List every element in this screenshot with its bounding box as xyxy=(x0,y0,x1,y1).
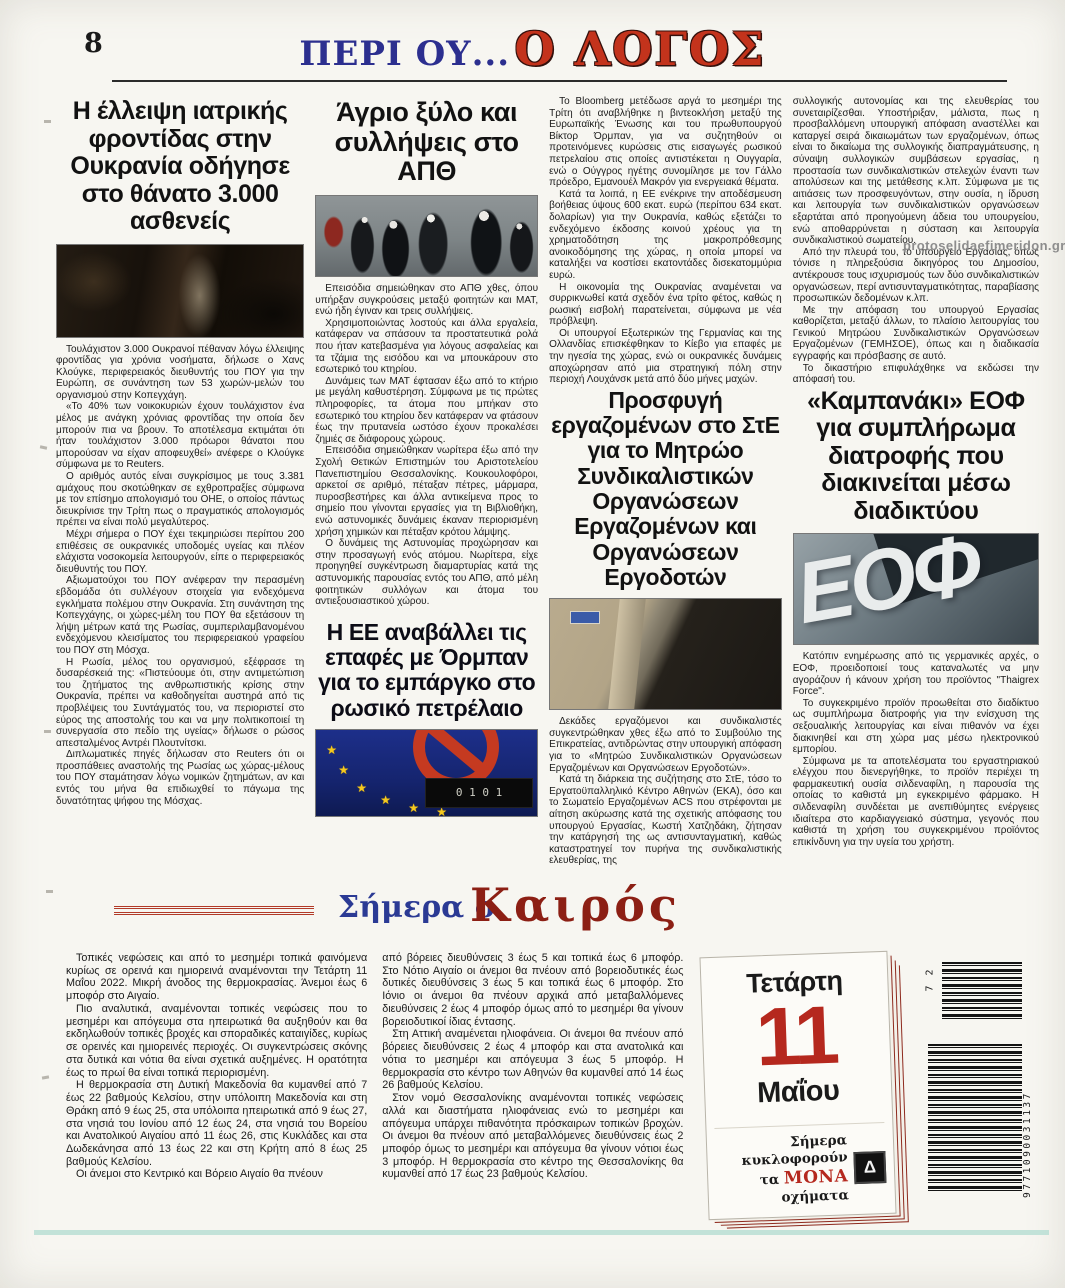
article-apth: Άγριο ξύλο και συλλήψεις στο ΑΠΘ Επεισόδ… xyxy=(315,96,538,882)
article-ste-body: Δεκάδες εργαζόμενοι και συνδικαλιστές συ… xyxy=(549,716,782,867)
weather-column-left: Τοπικές νεφώσεις και από το μεσημέρι τοπ… xyxy=(66,952,367,1217)
newspaper-page: 8 ΠΕΡΙ ΟΥ... Ο ΛΟΓΟΣ Η έλλειψη ιατρικής … xyxy=(0,0,1065,1288)
notice-line2-post: οχήματα xyxy=(782,1187,850,1205)
article-ukraine-headline: Η έλλειψη ιατρικής φροντίδας στην Ουκραν… xyxy=(56,98,304,236)
article-apth-headline: Άγριο ξύλο και συλλήψεις στο ΑΠΘ xyxy=(315,98,538,187)
weather-header: Σήμερα ο Καιρός xyxy=(0,884,1065,936)
weather-paragraph: από βόρειες διευθύνσεις 3 έως 5 και τοπι… xyxy=(382,952,683,1028)
weather-paragraph: Πιο αναλυτικά, αναμένονται τοπικές νεφώσ… xyxy=(66,1003,367,1079)
calendar-widget: Τετάρτη 11 Μαΐου Σήμερα κυκλοφορούν τα Μ… xyxy=(698,952,900,1217)
eu-star-icon: ★ xyxy=(338,764,349,776)
eu-flag-oil-embargo-photo: ★ ★ ★ ★ ★ ★ 0 1 0 1 xyxy=(315,729,538,817)
scan-mark xyxy=(44,120,51,123)
article-paragraph: Δεκάδες εργαζόμενοι και συνδικαλιστές συ… xyxy=(549,716,782,774)
fuel-pump-counter: 0 1 0 1 xyxy=(425,778,533,808)
article-paragraph: Ο αριθμός αυτός είναι συγκρίσιμος με του… xyxy=(56,471,304,529)
article-paragraph: Από την πλευρά του, το υπουργείο Εργασία… xyxy=(793,247,1039,305)
building-column xyxy=(608,599,646,709)
article-eof-headline: «Καμπανάκι» ΕΟΦ για συμπλήρωμα διατροφής… xyxy=(793,388,1039,526)
site-watermark: protoselidaefimeridon.gr xyxy=(903,238,1065,253)
daktylios-delta-icon: Δ xyxy=(854,1151,887,1184)
weather-paragraph: Στον νομό Θεσσαλονίκης αναμένονται τοπικ… xyxy=(382,1092,683,1181)
bottom-scan-line xyxy=(34,1230,1049,1235)
article-ukraine: Η έλλειψη ιατρικής φροντίδας στην Ουκραν… xyxy=(56,96,304,882)
article-paragraph: Κατά τη διάρκεια της συζήτησης στο ΣτΕ, … xyxy=(549,774,782,867)
masthead: ΠΕΡΙ ΟΥ... Ο ΛΟΓΟΣ xyxy=(0,22,1065,76)
article-ste-headline: Προσφυγή εργαζομένων στο ΣτΕ για το Μητρ… xyxy=(549,388,782,590)
article-paragraph: «Το 40% των νοικοκυριών έχουν τουλάχιστο… xyxy=(56,401,304,471)
article-bloomberg-body: Το Bloomberg μετέδωσε αργά το μεσημέρι τ… xyxy=(549,96,782,386)
barcode-number: 9771090031137 xyxy=(1022,1040,1033,1198)
eu-star-icon: ★ xyxy=(408,802,419,814)
article-paragraph: Το δικαστήριο επιφυλάχθηκε να εκδώσει τη… xyxy=(793,363,1039,386)
article-apth-body: Επεισόδια σημειώθηκαν στο ΑΠΘ χθες, όπου… xyxy=(315,283,538,608)
calendar-month: Μαΐου xyxy=(713,1073,884,1112)
odd-plates-notice: Σήμερα κυκλοφορούν τα ΜΟΝΑ οχήματα Δ xyxy=(715,1122,888,1209)
article-paragraph: Σύμφωνα με τα αποτελέσματα του εργαστηρι… xyxy=(793,756,1039,849)
page-header: 8 ΠΕΡΙ ΟΥ... Ο ΛΟΓΟΣ xyxy=(0,0,1065,92)
notice-mona: ΜΟΝΑ xyxy=(784,1166,849,1188)
weather-paragraph: Οι άνεμοι στο Κεντρικό και Βόρειο Αιγαίο… xyxy=(66,1168,367,1181)
weather-paragraph: Στη Αττική αναμένεται ηλιοφάνεια. Οι άνε… xyxy=(382,1028,683,1092)
weather-paragraph: Τοπικές νεφώσεις και από το μεσημέρι τοπ… xyxy=(66,952,367,1003)
article-paragraph: Επεισόδια σημειώθηκαν στο ΑΠΘ χθες, όπου… xyxy=(315,283,538,318)
weather-section: Σήμερα ο Καιρός Τοπικές νεφώσεις και από… xyxy=(0,884,1065,1217)
decorative-double-lines xyxy=(114,906,314,915)
weather-title: Καιρός xyxy=(470,878,681,932)
tear-off-calendar: Τετάρτη 11 Μαΐου Σήμερα κυκλοφορούν τα Μ… xyxy=(700,951,897,1220)
weather-paragraph: Η θερμοκρασία στη Δυτική Μακεδονία θα κυ… xyxy=(66,1079,367,1168)
odd-plates-text: Σήμερα κυκλοφορούν τα ΜΟΝΑ οχήματα xyxy=(715,1132,849,1208)
article-ste: Το Bloomberg μετέδωσε αργά το μεσημέρι τ… xyxy=(549,96,782,882)
council-of-state-building-photo xyxy=(549,598,782,710)
issue-barcode: 7 2 9771090031137 xyxy=(916,952,1057,1202)
article-eof: συλλογικής αυτονομίας και της ελευθερίας… xyxy=(793,96,1039,882)
article-paragraph: Η οικονομία της Ουκρανίας αναμένεται να … xyxy=(549,282,782,328)
masthead-kicker: ΠΕΡΙ ΟΥ... xyxy=(299,34,510,74)
article-paragraph: Κατά τα λοιπά, η ΕΕ ενέκρινε την αποδέσμ… xyxy=(549,189,782,282)
article-paragraph: Μέχρι σήμερα ο ΠΟΥ έχει τεκμηριώσει περί… xyxy=(56,529,304,575)
article-paragraph: Επεισόδια σημειώθηκαν νωρίτερα έξω από τ… xyxy=(315,445,538,538)
article-ukraine-body: Τουλάχιστον 3.000 Ουκρανοί πέθαναν λόγω … xyxy=(56,344,304,808)
article-paragraph: Το συγκεκριμένο προϊόν προωθείται στο δι… xyxy=(793,698,1039,756)
weather-column-right: από βόρειες διευθύνσεις 3 έως 5 και τοπι… xyxy=(382,952,683,1217)
barcode-top-bars xyxy=(942,962,1022,1020)
article-paragraph: Αξιωματούχοι του ΠΟΥ ανέφεραν την περασμ… xyxy=(56,575,304,656)
eu-star-icon: ★ xyxy=(326,744,337,756)
masthead-title: Ο ΛΟΓΟΣ xyxy=(515,22,766,76)
eu-star-icon: ★ xyxy=(356,782,367,794)
article-paragraph: Κατόπιν ενημέρωσης από τις γερμανικές αρ… xyxy=(793,651,1039,697)
barcode-supplement-code: 7 2 xyxy=(924,967,935,991)
article-eu-headline: Η ΕΕ αναβάλλει τις επαφές με Όρμπαν για … xyxy=(315,620,538,721)
building-sign xyxy=(570,611,600,624)
article-paragraph: Η Ρωσία, μέλος του οργανισμού, εξέφρασε … xyxy=(56,657,304,750)
eu-star-icon: ★ xyxy=(380,794,391,806)
article-paragraph: Χρησιμοποιώντας λοστούς και άλλα εργαλεί… xyxy=(315,318,538,376)
eof-logo-text: ΕΟΦ xyxy=(793,533,986,644)
notice-line2-pre: τα xyxy=(760,1171,785,1188)
eof-logo-photo: ΕΟΦ xyxy=(793,533,1039,645)
article-paragraph: Με την απόφαση του υπουργού Εργασίας καθ… xyxy=(793,305,1039,363)
barcode-main-bars xyxy=(928,1044,1022,1192)
article-paragraph: Διπλωματικές πηγές δήλωσαν στο Reuters ό… xyxy=(56,749,304,807)
riot-police-photo xyxy=(315,195,538,277)
scan-mark xyxy=(46,890,53,893)
weather-body: Τοπικές νεφώσεις και από το μεσημέρι τοπ… xyxy=(0,936,1065,1217)
article-eof-body: Κατόπιν ενημέρωσης από τις γερμανικές αρ… xyxy=(793,651,1039,848)
scan-mark xyxy=(44,730,51,733)
ukraine-hospital-photo xyxy=(56,244,304,338)
article-paragraph: συλλογικής αυτονομίας και της ελευθερίας… xyxy=(793,96,1039,247)
article-paragraph: Οι υπουργοί Εξωτερικών της Γερμανίας και… xyxy=(549,328,782,386)
article-columns: Η έλλειψη ιατρικής φροντίδας στην Ουκραν… xyxy=(0,92,1065,882)
notice-line1: Σήμερα κυκλοφορούν xyxy=(742,1132,849,1169)
calendar-date: 11 xyxy=(710,995,883,1079)
article-paragraph: Τουλάχιστον 3.000 Ουκρανοί πέθαναν λόγω … xyxy=(56,344,304,402)
article-paragraph: Το Bloomberg μετέδωσε αργά το μεσημέρι τ… xyxy=(549,96,782,189)
article-paragraph: Ο δυνάμεις της Αστυνομίας προχώρησαν και… xyxy=(315,538,538,608)
header-rule xyxy=(112,80,1007,82)
article-paragraph: Δυνάμεις των ΜΑΤ έφτασαν έξω από το κτήρ… xyxy=(315,376,538,446)
